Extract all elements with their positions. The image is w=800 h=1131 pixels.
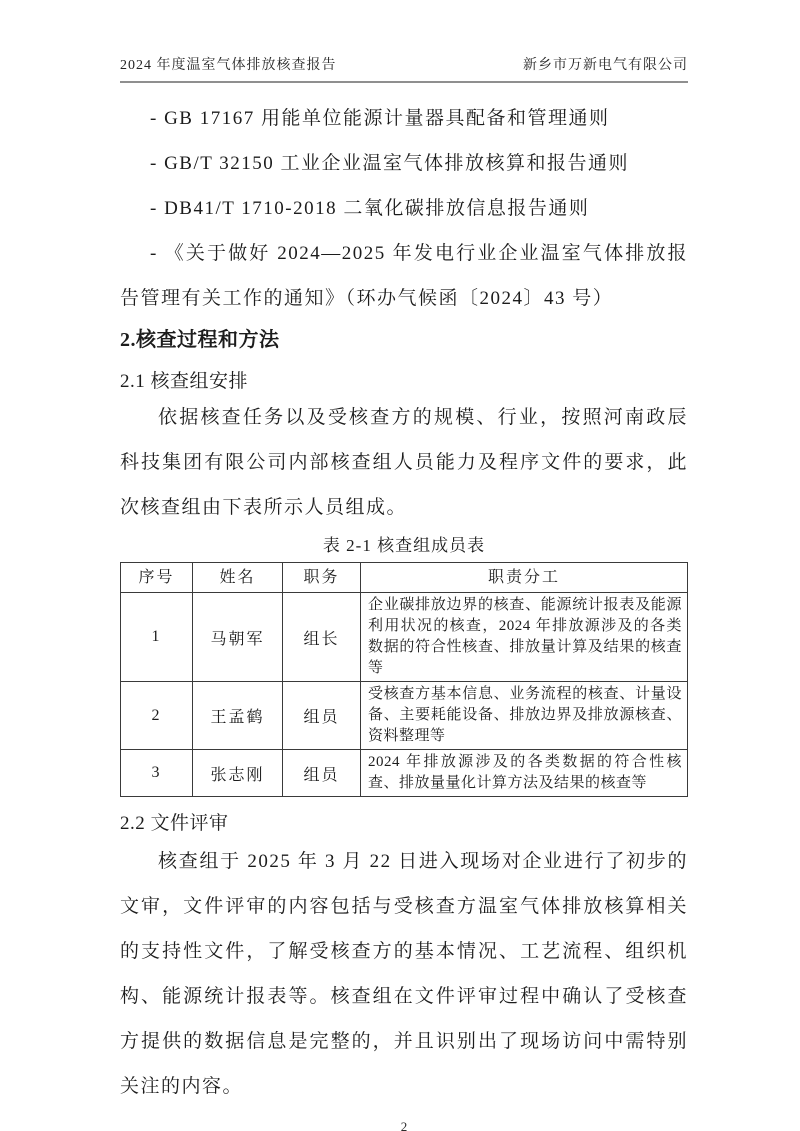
- subsection-heading-2-1: 2.1 核查组安排: [120, 369, 688, 395]
- table-row: 3 张志刚 组员 2024 年排放源涉及的各类数据的符合性核查、排放量量化计算方…: [121, 750, 688, 797]
- paragraph-2-1: 依据核查任务以及受核查方的规模、行业，按照河南政辰科技集团有限公司内部核查组人员…: [120, 395, 688, 530]
- cell-name: 张志刚: [193, 750, 283, 797]
- table-header-row: 序号 姓名 职务 职责分工: [121, 563, 688, 593]
- header-report-title: 2024 年度温室气体排放核查报告: [120, 56, 337, 76]
- table-row: 1 马朝军 组长 企业碳排放边界的核查、能源统计报表及能源利用状况的核查，202…: [121, 593, 688, 682]
- document-page: 2024 年度温室气体排放核查报告 新乡市万新电气有限公司 - GB 17167…: [0, 0, 800, 1131]
- section-heading-2: 2.核查过程和方法: [120, 327, 688, 353]
- cell-role: 组长: [283, 593, 361, 682]
- header-cell-duty: 职责分工: [361, 563, 688, 593]
- page-header: 2024 年度温室气体排放核查报告 新乡市万新电气有限公司: [120, 56, 688, 83]
- cell-role: 组员: [283, 682, 361, 750]
- cell-name: 王孟鹤: [193, 682, 283, 750]
- subsection-heading-2-2: 2.2 文件评审: [120, 811, 688, 837]
- cell-role: 组员: [283, 750, 361, 797]
- members-table: 序号 姓名 职务 职责分工 1 马朝军 组长 企业碳排放边界的核查、能源统计报表…: [120, 562, 688, 797]
- table-row: 2 王孟鹤 组员 受核查方基本信息、业务流程的核查、计量设备、主要耗能设备、排放…: [121, 682, 688, 750]
- cell-name: 马朝军: [193, 593, 283, 682]
- header-cell-role: 职务: [283, 563, 361, 593]
- cell-no: 1: [121, 593, 193, 682]
- table-caption: 表 2-1 核查组成员表: [120, 534, 688, 558]
- paragraph-2-2: 核查组于 2025 年 3 月 22 日进入现场对企业进行了初步的文审，文件评审…: [120, 839, 688, 1109]
- header-company-name: 新乡市万新电气有限公司: [523, 56, 688, 76]
- cell-duty: 2024 年排放源涉及的各类数据的符合性核查、排放量量化计算方法及结果的核查等: [361, 750, 688, 797]
- page-number: 2: [120, 1119, 688, 1131]
- header-cell-no: 序号: [121, 563, 193, 593]
- reference-item: - DB41/T 1710-2018 二氧化碳排放信息报告通则: [120, 186, 688, 231]
- reference-list: - GB 17167 用能单位能源计量器具配备和管理通则 - GB/T 3215…: [120, 96, 688, 321]
- reference-item: - 《关于做好 2024—2025 年发电行业企业温室气体排放报告管理有关工作的…: [120, 231, 688, 321]
- reference-item: - GB/T 32150 工业企业温室气体排放核算和报告通则: [120, 141, 688, 186]
- reference-item: - GB 17167 用能单位能源计量器具配备和管理通则: [120, 96, 688, 141]
- cell-duty: 受核查方基本信息、业务流程的核查、计量设备、主要耗能设备、排放边界及排放源核查、…: [361, 682, 688, 750]
- header-cell-name: 姓名: [193, 563, 283, 593]
- cell-no: 2: [121, 682, 193, 750]
- cell-duty: 企业碳排放边界的核查、能源统计报表及能源利用状况的核查，2024 年排放源涉及的…: [361, 593, 688, 682]
- cell-no: 3: [121, 750, 193, 797]
